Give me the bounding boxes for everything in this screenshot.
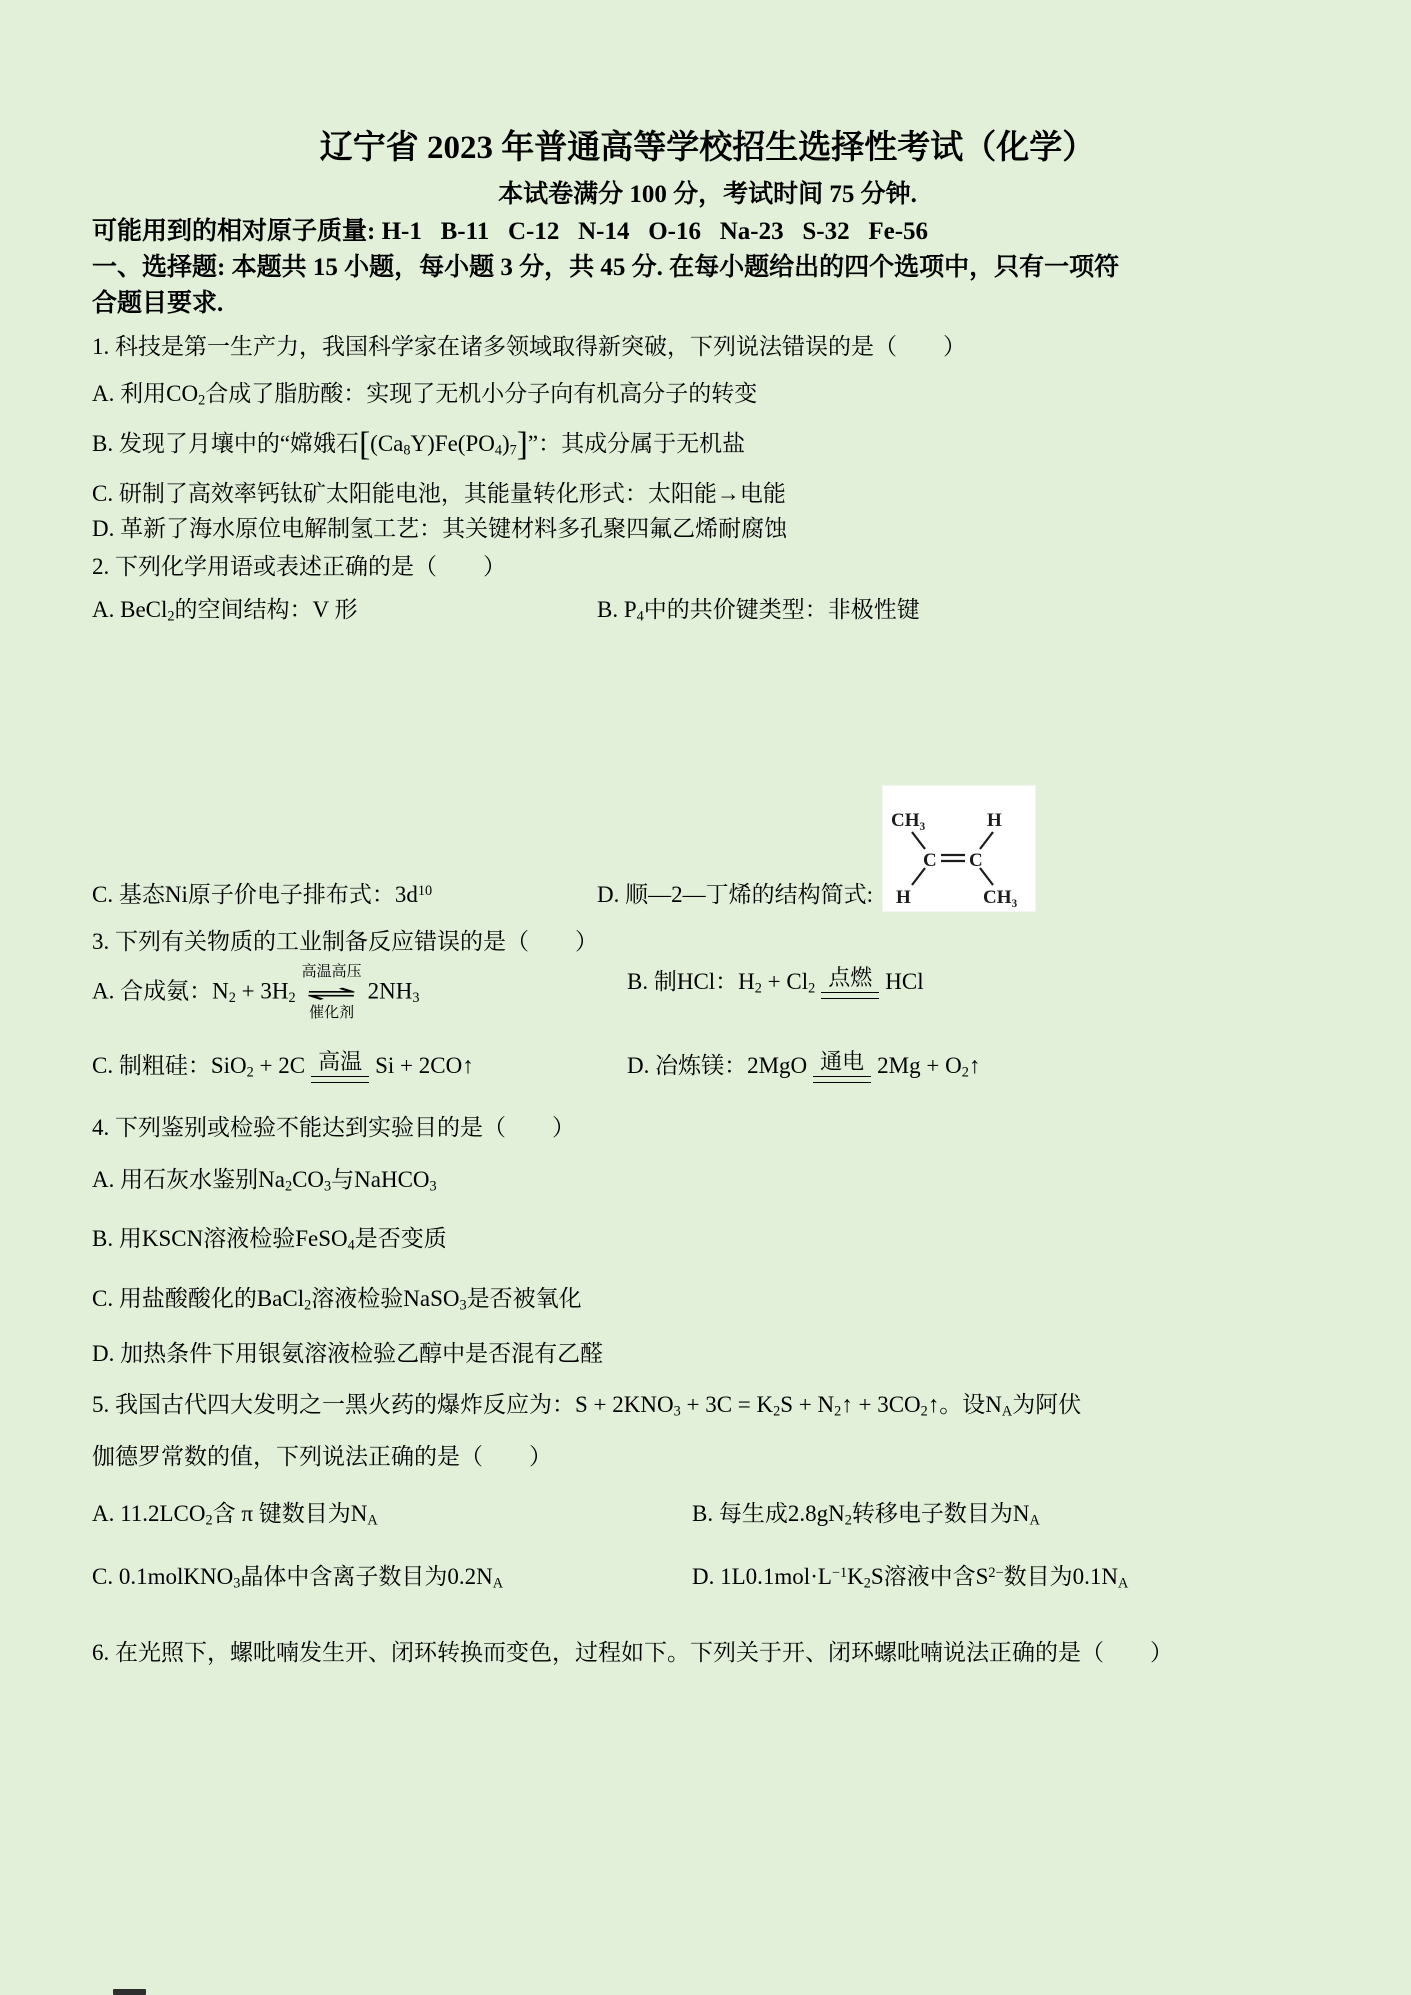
bond-upper-left xyxy=(912,832,925,849)
right-carbon-label: C xyxy=(969,850,983,871)
q2-option-b: B. P4中的共价键类型：非极性键 xyxy=(597,593,920,626)
q5-option-c: C. 0.1molKNO3晶体中含离子数目为0.2NA xyxy=(92,1560,692,1593)
bond-upper-right xyxy=(980,832,993,849)
q4-option-a: A. 用石灰水鉴别Na2CO3与NaHCO3 xyxy=(92,1163,1323,1196)
page-content: 辽宁省 2023 年普通高等学校招生选择性考试（化学） 本试卷满分 100 分，… xyxy=(0,0,1411,1669)
ch3-label-top-left: CH₃ xyxy=(891,810,926,831)
q6-stem: 6. 在光照下，螺吡喃发生开、闭环转换而变色，过程如下。下列关于开、闭环螺吡喃说… xyxy=(92,1636,1323,1669)
exam-document-page: 辽宁省 2023 年普通高等学校招生选择性考试（化学） 本试卷满分 100 分，… xyxy=(0,0,1411,1995)
q3-option-c: C. 制粗硅：SiO2 + 2C高温Si + 2CO↑ xyxy=(92,1049,627,1084)
left-carbon-label: C xyxy=(923,850,937,871)
atomic-masses-line: 可能用到的相对原子质量: H-1 B-11 C-12 N-14 O-16 Na-… xyxy=(92,214,1323,250)
page-title: 辽宁省 2023 年普通高等学校招生选择性考试（化学） xyxy=(92,128,1323,168)
h-label-top-right: H xyxy=(987,810,1002,831)
exam-score-time-note: 本试卷满分 100 分，考试时间 75 分钟. xyxy=(92,178,1323,212)
q3-options-ab: A. 合成氨：N2 + 3H2高温高压⇌催化剂2NH3 B. 制HCl：H2 +… xyxy=(92,965,1323,1021)
q2-options-cd: C. 基态Ni原子价电子排布式：3d10 D. 顺—2—丁烯的结构简式: xyxy=(92,786,1323,911)
q2-option-d: D. 顺—2—丁烯的结构简式: C C xyxy=(597,786,1035,911)
section-heading-line2: 合题目要求. xyxy=(92,286,1323,322)
q2-stem: 2. 下列化学用语或表述正确的是（ ） xyxy=(92,550,1323,583)
q5-options-cd: C. 0.1molKNO3晶体中含离子数目为0.2NA D. 1L0.1mol·… xyxy=(92,1560,1323,1593)
q3-option-a: A. 合成氨：N2 + 3H2高温高压⇌催化剂2NH3 xyxy=(92,965,627,1021)
q3-options-cd: C. 制粗硅：SiO2 + 2C高温Si + 2CO↑ D. 冶炼镁：2MgO通… xyxy=(92,1049,1323,1084)
q2-options-ab: A. BeCl2的空间结构：V 形 B. P4中的共价键类型：非极性键 xyxy=(92,593,1323,626)
h-label-bottom-left: H xyxy=(896,887,911,908)
q1-stem: 1. 科技是第一生产力，我国科学家在诸多领域取得新突破，下列说法错误的是（ ） xyxy=(92,330,1323,363)
q3-option-b: B. 制HCl：H2 + Cl2点燃HCl xyxy=(627,965,924,1000)
q1-option-b: B. 发现了月壤中的“嫦娥石[(Ca8Y)Fe(PO4)7]”：其成分属于无机盐 xyxy=(92,421,1323,469)
q1-option-a: A. 利用CO2合成了脂肪酸：实现了无机小分子向有机高分子的转变 xyxy=(92,377,1323,410)
q1-option-d: D. 革新了海水原位电解制氢工艺：其关键材料多孔聚四氟乙烯耐腐蚀 xyxy=(92,512,1323,545)
q5-stem-line1: 5. 我国古代四大发明之一黑火药的爆炸反应为：S + 2KNO3 + 3C = … xyxy=(92,1388,1323,1421)
q1-option-c: C. 研制了高效率钙钛矿太阳能电池，其能量转化形式：太阳能→电能 xyxy=(92,477,1323,510)
trans-2-butene-structure-image: C C CH₃ H H CH₃ xyxy=(883,786,1035,911)
q4-option-d: D. 加热条件下用银氨溶液检验乙醇中是否混有乙醛 xyxy=(92,1337,1323,1370)
q5-options-ab: A. 11.2LCO2含 π 键数目为NA B. 每生成2.8gN2转移电子数目… xyxy=(92,1497,1323,1530)
cutoff-content-fragment xyxy=(113,1989,146,1995)
q5-option-a: A. 11.2LCO2含 π 键数目为NA xyxy=(92,1497,692,1530)
section-heading-line1: 一、选择题: 本题共 15 小题，每小题 3 分，共 45 分. 在每小题给出的… xyxy=(92,250,1323,286)
q4-stem: 4. 下列鉴别或检验不能达到实验目的是（ ） xyxy=(92,1111,1323,1144)
q4-option-b: B. 用KSCN溶液检验FeSO4是否变质 xyxy=(92,1222,1323,1255)
q4-option-c: C. 用盐酸酸化的BaCl2溶液检验NaSO3是否被氧化 xyxy=(92,1282,1323,1315)
q2-option-c: C. 基态Ni原子价电子排布式：3d10 xyxy=(92,878,597,911)
q2-option-d-label: D. 顺—2—丁烯的结构简式: xyxy=(597,878,873,911)
q5-option-d: D. 1L0.1mol·L−1K2S溶液中含S2−数目为0.1NA xyxy=(692,1560,1128,1593)
q3-stem: 3. 下列有关物质的工业制备反应错误的是（ ） xyxy=(92,925,1323,958)
q2-option-a: A. BeCl2的空间结构：V 形 xyxy=(92,593,597,626)
q5-option-b: B. 每生成2.8gN2转移电子数目为NA xyxy=(692,1497,1040,1530)
butene-structure-svg: C C CH₃ H H CH₃ xyxy=(883,786,1035,911)
ch3-label-bottom-right: CH₃ xyxy=(983,887,1018,908)
q3-option-d: D. 冶炼镁：2MgO通电2Mg + O2↑ xyxy=(627,1049,980,1084)
q5-stem-line2: 伽德罗常数的值，下列说法正确的是（ ） xyxy=(92,1440,1323,1473)
